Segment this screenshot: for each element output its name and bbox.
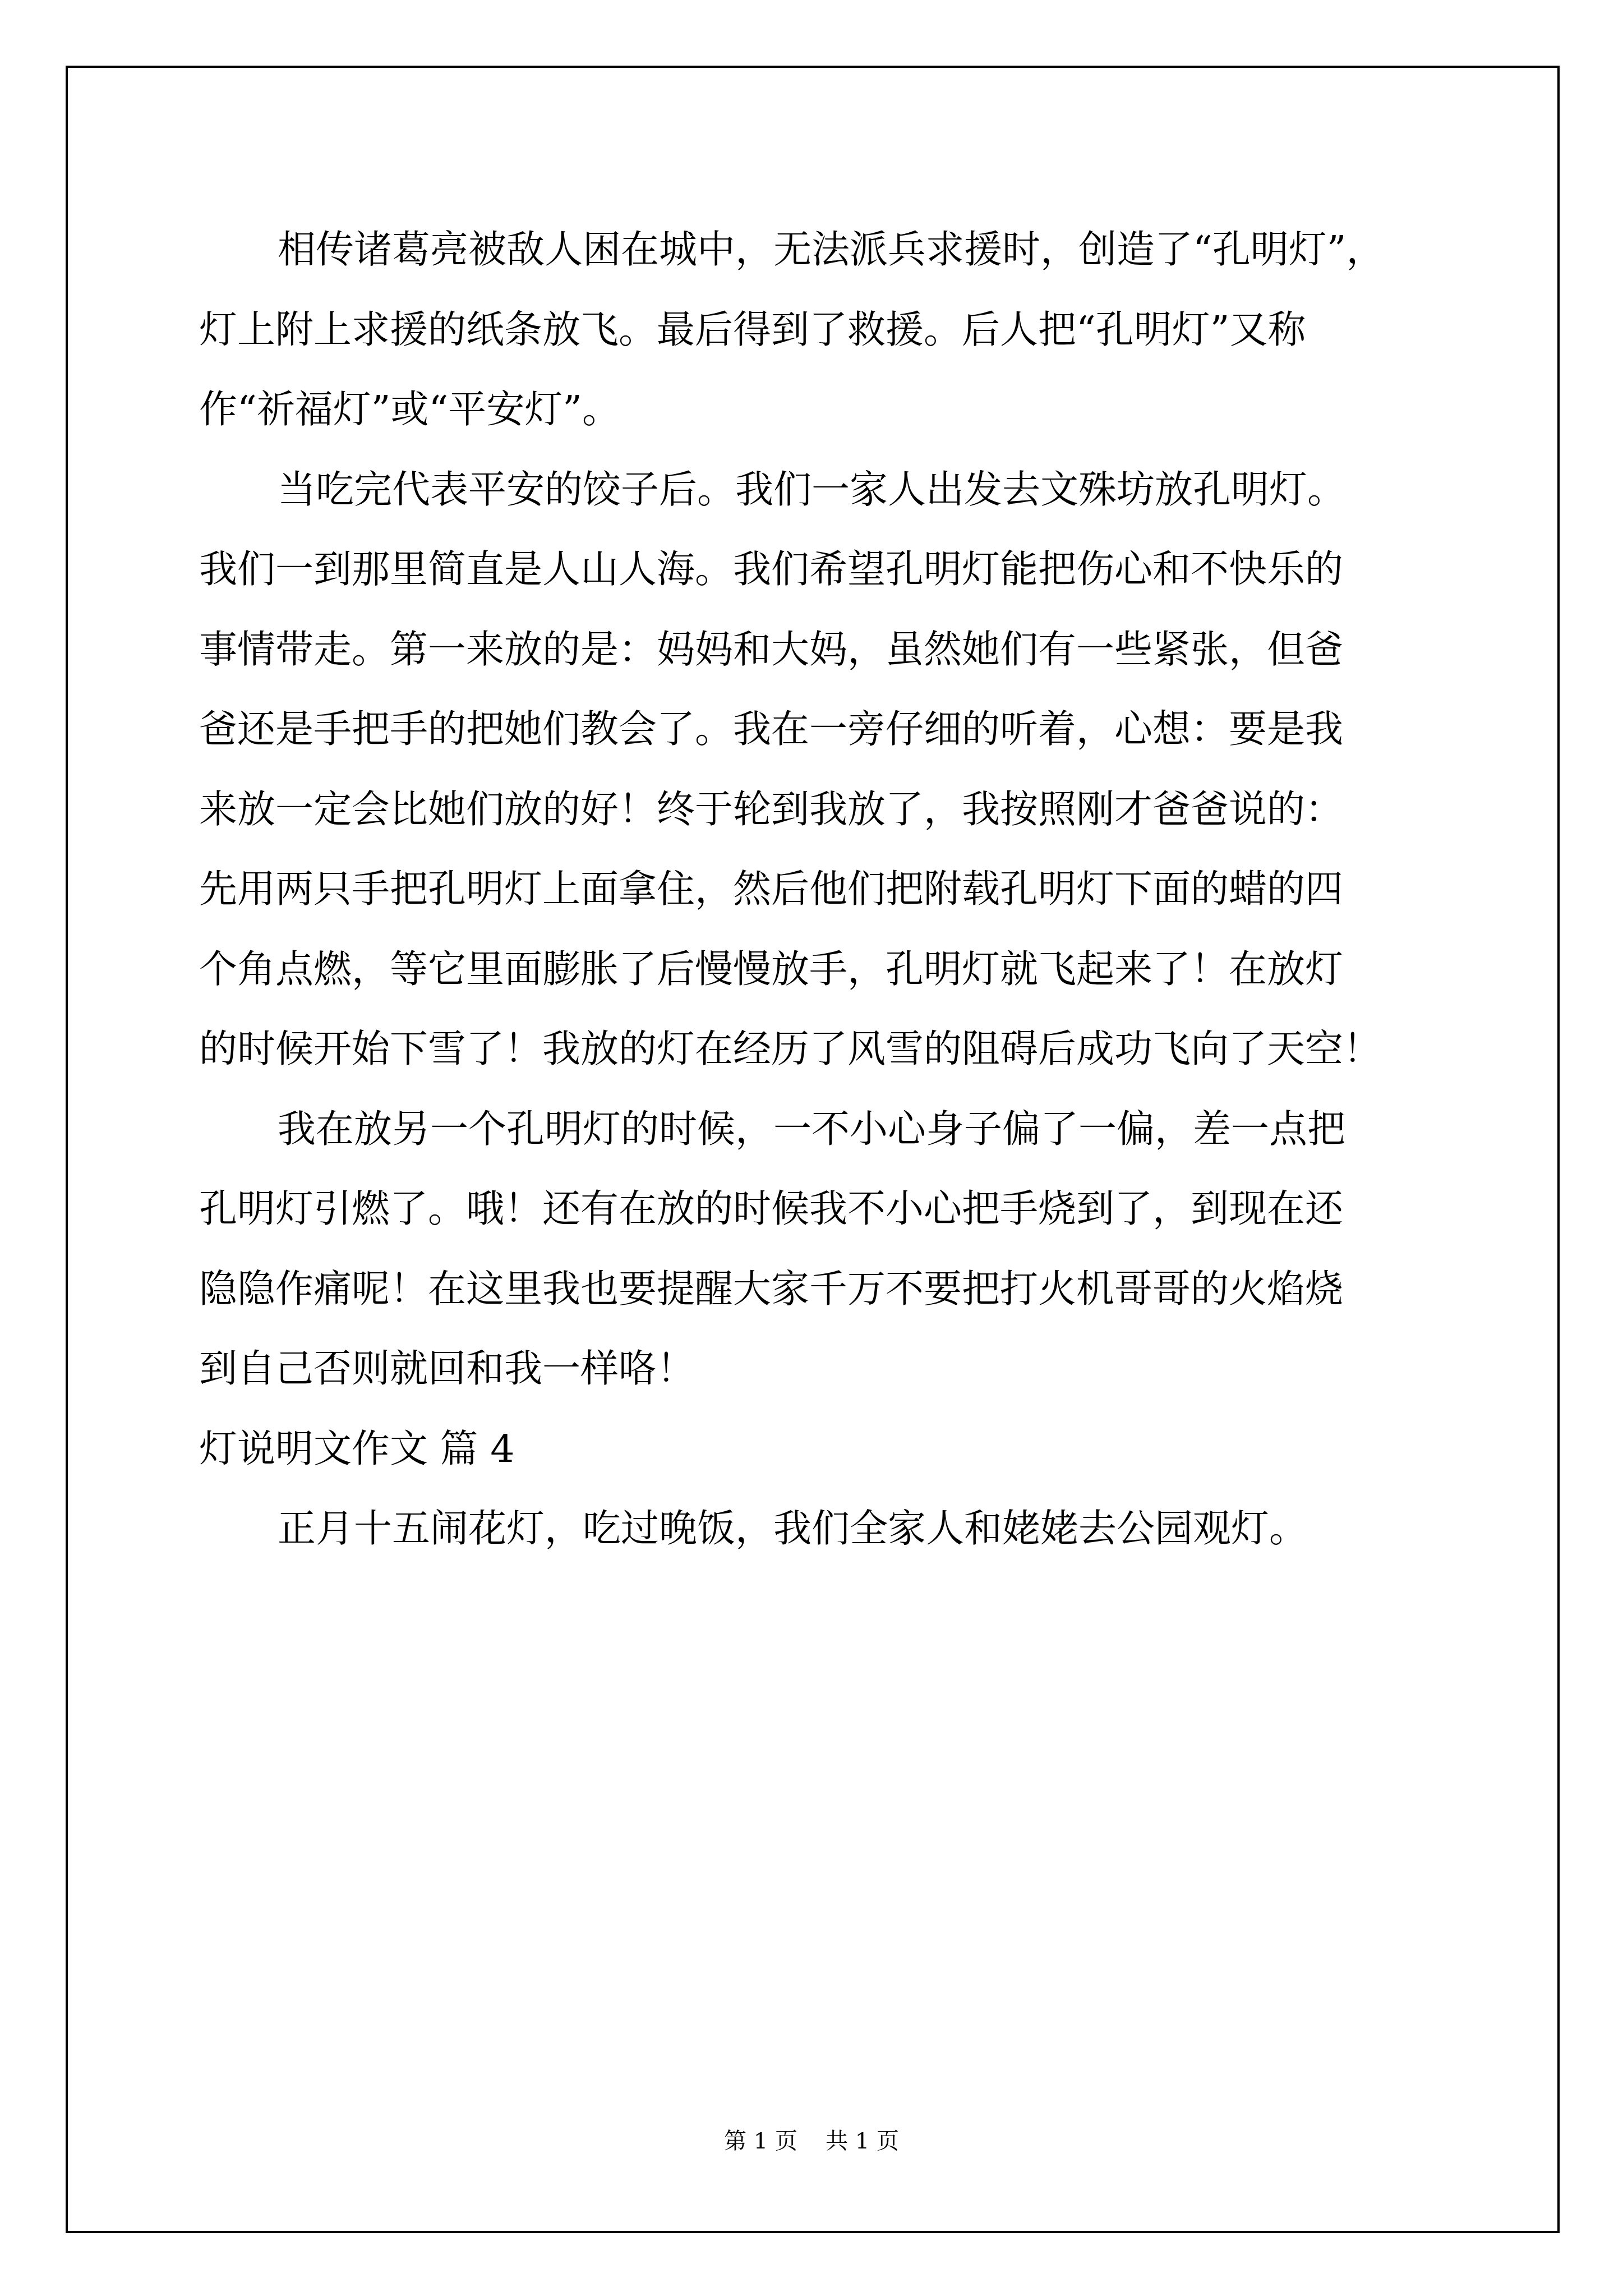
text-line: 事情带走。第一来放的是：妈妈和大妈，虽然她们有一些紧张，但爸 — [199, 610, 1433, 691]
text-line: 我们一到那里简直是人山人海。我们希望孔明灯能把伤心和不快乐的 — [199, 530, 1433, 610]
page-number: 第 1 页 — [724, 2124, 797, 2158]
text-line: 作“祈福灯”或“平安灯”。 — [199, 370, 1433, 450]
text-line: 的时候开始下雪了！我放的灯在经历了风雪的阻碍后成功飞向了天空！ — [199, 1010, 1433, 1090]
text-line: 当吃完代表平安的饺子后。我们一家人出发去文殊坊放孔明灯。 — [199, 450, 1433, 531]
heading-text: 灯说明文作文 篇 4 — [199, 1410, 1433, 1490]
text-line: 相传诸葛亮被敌人困在城中，无法派兵求援时，创造了“孔明灯”， — [199, 210, 1433, 291]
text-line: 到自己否则就回和我一样咯！ — [199, 1329, 1433, 1410]
text-line: 灯上附上求援的纸条放飞。最后得到了救援。后人把“孔明灯”又称 — [199, 291, 1433, 371]
paragraph: 当吃完代表平安的饺子后。我们一家人出发去文殊坊放孔明灯。 我们一到那里简直是人山… — [199, 450, 1433, 1090]
section-heading: 灯说明文作文 篇 4 — [199, 1410, 1433, 1490]
page-footer: 第 1 页共 1 页 — [0, 2124, 1623, 2158]
text-line: 孔明灯引燃了。哦！还有在放的时候我不小心把手烧到了，到现在还 — [199, 1170, 1433, 1250]
text-line: 个角点燃，等它里面膨胀了后慢慢放手，孔明灯就飞起来了！在放灯 — [199, 930, 1433, 1010]
text-line: 先用两只手把孔明灯上面拿住，然后他们把附载孔明灯下面的蜡的四 — [199, 850, 1433, 930]
text-line: 爸还是手把手的把她们教会了。我在一旁仔细的听着，心想：要是我 — [199, 690, 1433, 770]
text-line: 正月十五闹花灯，吃过晚饭，我们全家人和姥姥去公园观灯。 — [199, 1489, 1433, 1570]
paragraph: 相传诸葛亮被敌人困在城中，无法派兵求援时，创造了“孔明灯”， 灯上附上求援的纸条… — [199, 210, 1433, 450]
text-line: 隐隐作痛呢！在这里我也要提醒大家千万不要把打火机哥哥的火焰烧 — [199, 1250, 1433, 1330]
text-line: 我在放另一个孔明灯的时候，一不小心身子偏了一偏，差一点把 — [199, 1090, 1433, 1170]
document-body: 相传诸葛亮被敌人困在城中，无法派兵求援时，创造了“孔明灯”， 灯上附上求援的纸条… — [199, 210, 1433, 1570]
page-total: 共 1 页 — [826, 2124, 899, 2158]
paragraph: 正月十五闹花灯，吃过晚饭，我们全家人和姥姥去公园观灯。 — [199, 1489, 1433, 1570]
text-line: 来放一定会比她们放的好！终于轮到我放了，我按照刚才爸爸说的： — [199, 770, 1433, 850]
paragraph: 我在放另一个孔明灯的时候，一不小心身子偏了一偏，差一点把 孔明灯引燃了。哦！还有… — [199, 1090, 1433, 1410]
